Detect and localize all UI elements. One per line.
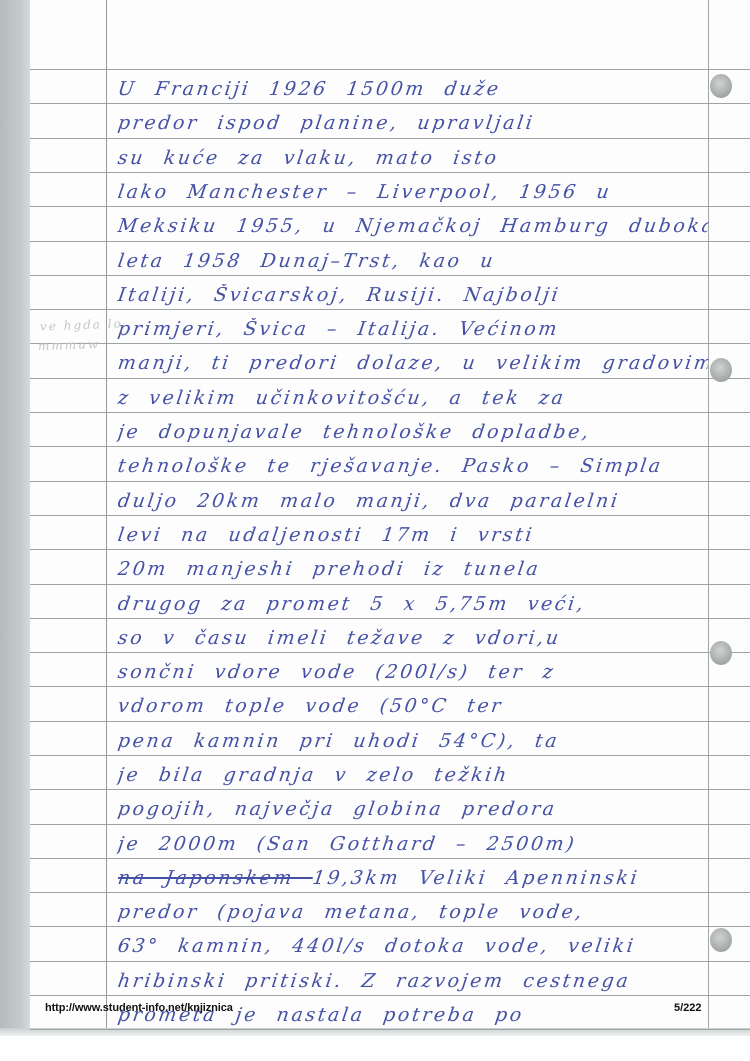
ruled-line — [30, 309, 750, 310]
ruled-line — [30, 549, 750, 550]
ruled-line — [30, 69, 750, 70]
ruled-line — [30, 652, 750, 653]
ruled-line — [30, 892, 750, 893]
left-margin-line — [106, 0, 107, 1028]
handwritten-line: primjeri, Švica – Italija. Većinom — [116, 318, 709, 340]
ruled-line — [30, 481, 750, 482]
ruled-line — [30, 378, 750, 379]
handwritten-line: predor ispod planine, upravljali — [116, 112, 709, 134]
handwritten-line: je 2000m (San Gotthard – 2500m) — [116, 833, 709, 855]
handwritten-line: je dopunjavale tehnološke dopladbe, — [116, 421, 709, 443]
punch-hole — [710, 74, 732, 98]
handwritten-line: Italiji, Švicarskoj, Rusiji. Najbolji — [116, 284, 709, 306]
handwritten-line: U Franciji 1926 1500m duže — [116, 78, 709, 100]
handwritten-line: 20m manjeshi prehodi iz tunela — [116, 558, 709, 580]
scan-shadow-left — [0, 0, 30, 1030]
ruled-line — [30, 1029, 750, 1030]
ruled-line — [30, 961, 750, 962]
handwritten-line: duljo 20km malo manji, dva paralelni — [116, 490, 709, 512]
handwritten-line: levi na udaljenosti 17m i vrsti — [116, 524, 709, 546]
ruled-line — [30, 824, 750, 825]
handwritten-line: so v času imeli težave z vdori,u — [116, 627, 709, 649]
ruled-line — [30, 995, 750, 996]
handwritten-line: pogojih, največja globina predora — [116, 798, 709, 820]
ruled-line — [30, 789, 750, 790]
ruled-line — [30, 584, 750, 585]
handwritten-line: lako Manchester – Liverpool, 1956 u — [116, 181, 709, 203]
ruled-line — [30, 275, 750, 276]
ruled-line — [30, 926, 750, 927]
handwritten-line: hribinski pritiski. Z razvojem cestnega — [116, 970, 709, 992]
punch-hole — [710, 358, 732, 382]
ruled-line — [30, 241, 750, 242]
ruled-line — [30, 206, 750, 207]
ruled-line — [30, 138, 750, 139]
handwritten-line: je bila gradnja v zelo težkih — [116, 764, 709, 786]
handwritten-line: na Japonskem 19,3km Veliki Apenninski — [116, 867, 709, 889]
page-number: 5/222 — [674, 1002, 702, 1014]
ruled-line — [30, 172, 750, 173]
ruled-line — [30, 686, 750, 687]
ruled-line — [30, 446, 750, 447]
punch-hole — [710, 641, 732, 665]
ruled-line — [30, 721, 750, 722]
ruled-line — [30, 755, 750, 756]
struck-through-text: na Japonskem — [116, 867, 314, 889]
punch-hole — [710, 928, 732, 952]
handwritten-line: predor (pojava metana, tople vode, — [116, 901, 709, 923]
ruled-line — [30, 103, 750, 104]
footer-url[interactable]: http://www.student-info.net/knjiznica — [45, 1002, 233, 1014]
handwritten-line: sončni vdore vode (200l/s) ter z — [116, 661, 709, 683]
ruled-line — [30, 412, 750, 413]
handwritten-line: tehnološke te rješavanje. Pasko – Simpla — [116, 455, 709, 477]
handwritten-line: su kuće za vlaku, mato isto — [116, 147, 709, 169]
handwritten-line: vdorom tople vode (50°C ter — [116, 695, 709, 717]
handwritten-line: Meksiku 1955, u Njemačkoj Hamburg duboka — [116, 215, 709, 237]
bleed-through-text: ve hgda lo — [40, 317, 123, 334]
ruled-line — [30, 858, 750, 859]
ruled-line — [30, 343, 750, 344]
handwritten-line: drugog za promet 5 x 5,75m veći, — [116, 593, 709, 615]
handwritten-line: pena kamnin pri uhodi 54°C), ta — [116, 730, 709, 752]
handwritten-line: 63° kamnin, 440l/s dotoka vode, veliki — [116, 935, 709, 957]
ruled-line — [30, 515, 750, 516]
handwritten-line: z velikim učinkovitošću, a tek za — [116, 387, 709, 409]
ruled-line — [30, 618, 750, 619]
bleed-through-text: mmmuw — [38, 337, 101, 353]
handwritten-line: manji, ti predori dolaze, u velikim grad… — [116, 352, 709, 374]
handwritten-line: leta 1958 Dunaj–Trst, kao u — [116, 250, 709, 272]
